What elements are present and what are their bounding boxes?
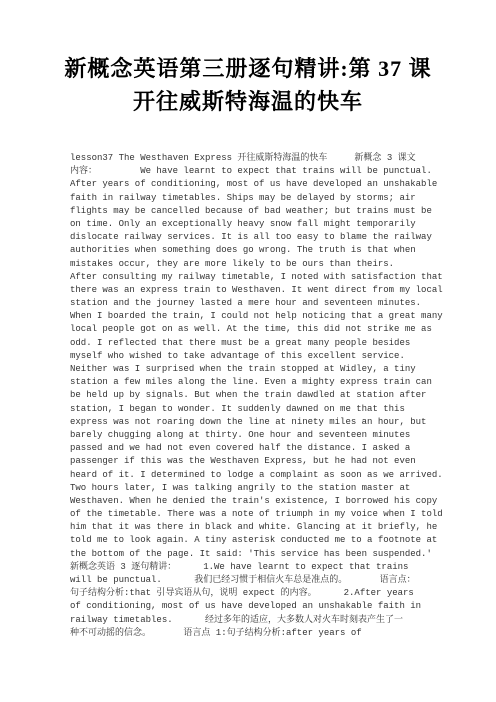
text-line: Westhaven. When he denied the train's ex… <box>70 495 470 508</box>
text-line: of conditioning, most of us have develop… <box>70 600 470 613</box>
text-line: heard of it. I determined to lodge a com… <box>70 469 470 482</box>
text-line: him that it was there in black and white… <box>70 521 470 534</box>
text-line: station, I began to wonder. It suddenly … <box>70 403 470 416</box>
text-line: lesson37 The Westhaven Express 开往威斯特海温的快… <box>70 152 470 165</box>
text-line: Neither was I surprised when the train s… <box>70 363 470 376</box>
text-line: mistakes occur, they are more likely to … <box>70 258 470 271</box>
text-line: station and the journey lasted a mere ho… <box>70 297 470 310</box>
text-line: 新概念英语 3 逐句精讲： 1.We have learnt to expect… <box>70 561 470 574</box>
text-line: of the timetable. There was a note of tr… <box>70 508 470 521</box>
text-line: When I boarded the train, I could not he… <box>70 310 470 323</box>
document-title: 新概念英语第三册逐句精讲:第 37 课 开往威斯特海温的快车 <box>0 52 496 118</box>
document-body: lesson37 The Westhaven Express 开往威斯特海温的快… <box>70 152 470 640</box>
text-line: local people got on as well. At the time… <box>70 323 470 336</box>
document-page: 新概念英语第三册逐句精讲:第 37 课 开往威斯特海温的快车 lesson37 … <box>0 0 496 702</box>
text-line: railway timetables. 经过多年的适应，大多数人对火车时刻表产生… <box>70 614 470 627</box>
text-line: express was not roaring down the line at… <box>70 416 470 429</box>
text-line: barely chugging along at thirty. One hou… <box>70 429 470 442</box>
text-line: odd. I reflected that there must be a gr… <box>70 337 470 350</box>
text-line: on time. Only an exceptionally heavy sno… <box>70 218 470 231</box>
text-line: Two hours later, I was talking angrily t… <box>70 482 470 495</box>
title-line-1: 新概念英语第三册逐句精讲:第 37 课 <box>0 52 496 85</box>
text-line: there was an express train to Westhaven.… <box>70 284 470 297</box>
text-line: myself who wished to take advantage of t… <box>70 350 470 363</box>
text-line: station a few miles along the line. Even… <box>70 376 470 389</box>
text-line: 种不可动摇的信念。 语言点 1:句子结构分析:after years of <box>70 627 470 640</box>
text-line: told me to look again. A tiny asterisk c… <box>70 534 470 547</box>
text-line: flights may be cancelled because of bad … <box>70 205 470 218</box>
text-line: be held up by signals. But when the trai… <box>70 389 470 402</box>
text-line: authorities when something does go wrong… <box>70 244 470 257</box>
text-line: passed and we had not even covered half … <box>70 442 470 455</box>
text-line: faith in railway timetables. Ships may b… <box>70 192 470 205</box>
text-line: After consulting my railway timetable, I… <box>70 271 470 284</box>
title-line-2: 开往威斯特海温的快车 <box>0 85 496 118</box>
text-line: 句子结构分析:that 引导宾语从句，说明 expect 的内容。 2.Afte… <box>70 587 470 600</box>
text-line: the bottom of the page. It said: 'This s… <box>70 548 470 561</box>
text-line: will be punctual. 我们已经习惯于相信火车总是准点的。 语言点： <box>70 574 470 587</box>
text-line: passenger if this was the Westhaven Expr… <box>70 455 470 468</box>
text-line: After years of conditioning, most of us … <box>70 178 470 191</box>
text-line: 内容： We have learnt to expect that trains… <box>70 165 470 178</box>
text-line: dislocate railway services. It is all to… <box>70 231 470 244</box>
